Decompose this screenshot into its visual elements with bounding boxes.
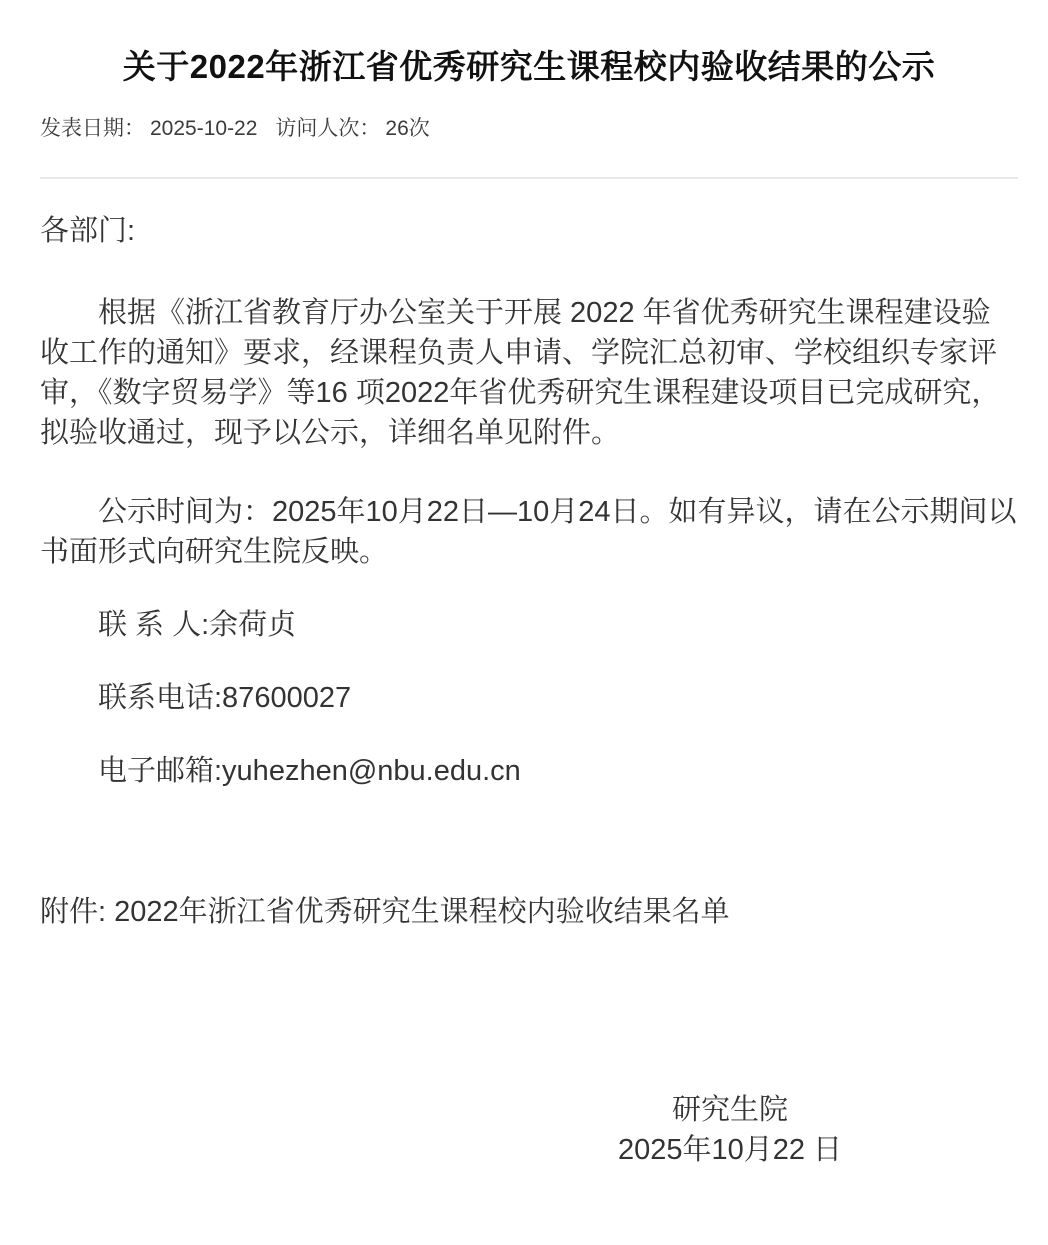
contact-email-line: 电子邮箱:yuhezhen@nbu.edu.cn <box>40 751 1018 791</box>
page-title: 关于2022年浙江省优秀研究生课程校内验收结果的公示 <box>40 0 1018 87</box>
publish-date-label: 发表日期： <box>40 117 145 140</box>
contact-person-line: 联 系 人:余荷贞 <box>40 605 1018 645</box>
visit-count-label: 访问人次： <box>275 117 380 140</box>
header-divider <box>40 177 1018 179</box>
signature-date: 2025年10月22 日 <box>510 1130 950 1170</box>
paragraph-publicity-period: 公示时间为：2025年10月22日—10月24日。如有异议，请在公示期间以书面形… <box>40 492 1018 572</box>
meta-line: 发表日期：2025-10-22访问人次：26次 <box>40 117 1018 141</box>
signature-org: 研究生院 <box>510 1090 950 1130</box>
announcement-page: 关于2022年浙江省优秀研究生课程校内验收结果的公示 发表日期：2025-10-… <box>0 0 1048 1245</box>
paragraph-acceptance-result: 根据《浙江省教育厅办公室关于开展 2022 年省优秀研究生课程建设验收工作的通知… <box>40 293 1018 453</box>
visit-count-value: 26次 <box>385 117 429 140</box>
publish-date-value: 2025-10-22 <box>150 117 257 140</box>
signature-block: 研究生院 2025年10月22 日 <box>510 1090 950 1170</box>
attachment-line: 附件: 2022年浙江省优秀研究生课程校内验收结果名单 <box>40 892 1018 932</box>
contact-phone-line: 联系电话:87600027 <box>40 678 1018 718</box>
salutation: 各部门: <box>40 211 1018 251</box>
